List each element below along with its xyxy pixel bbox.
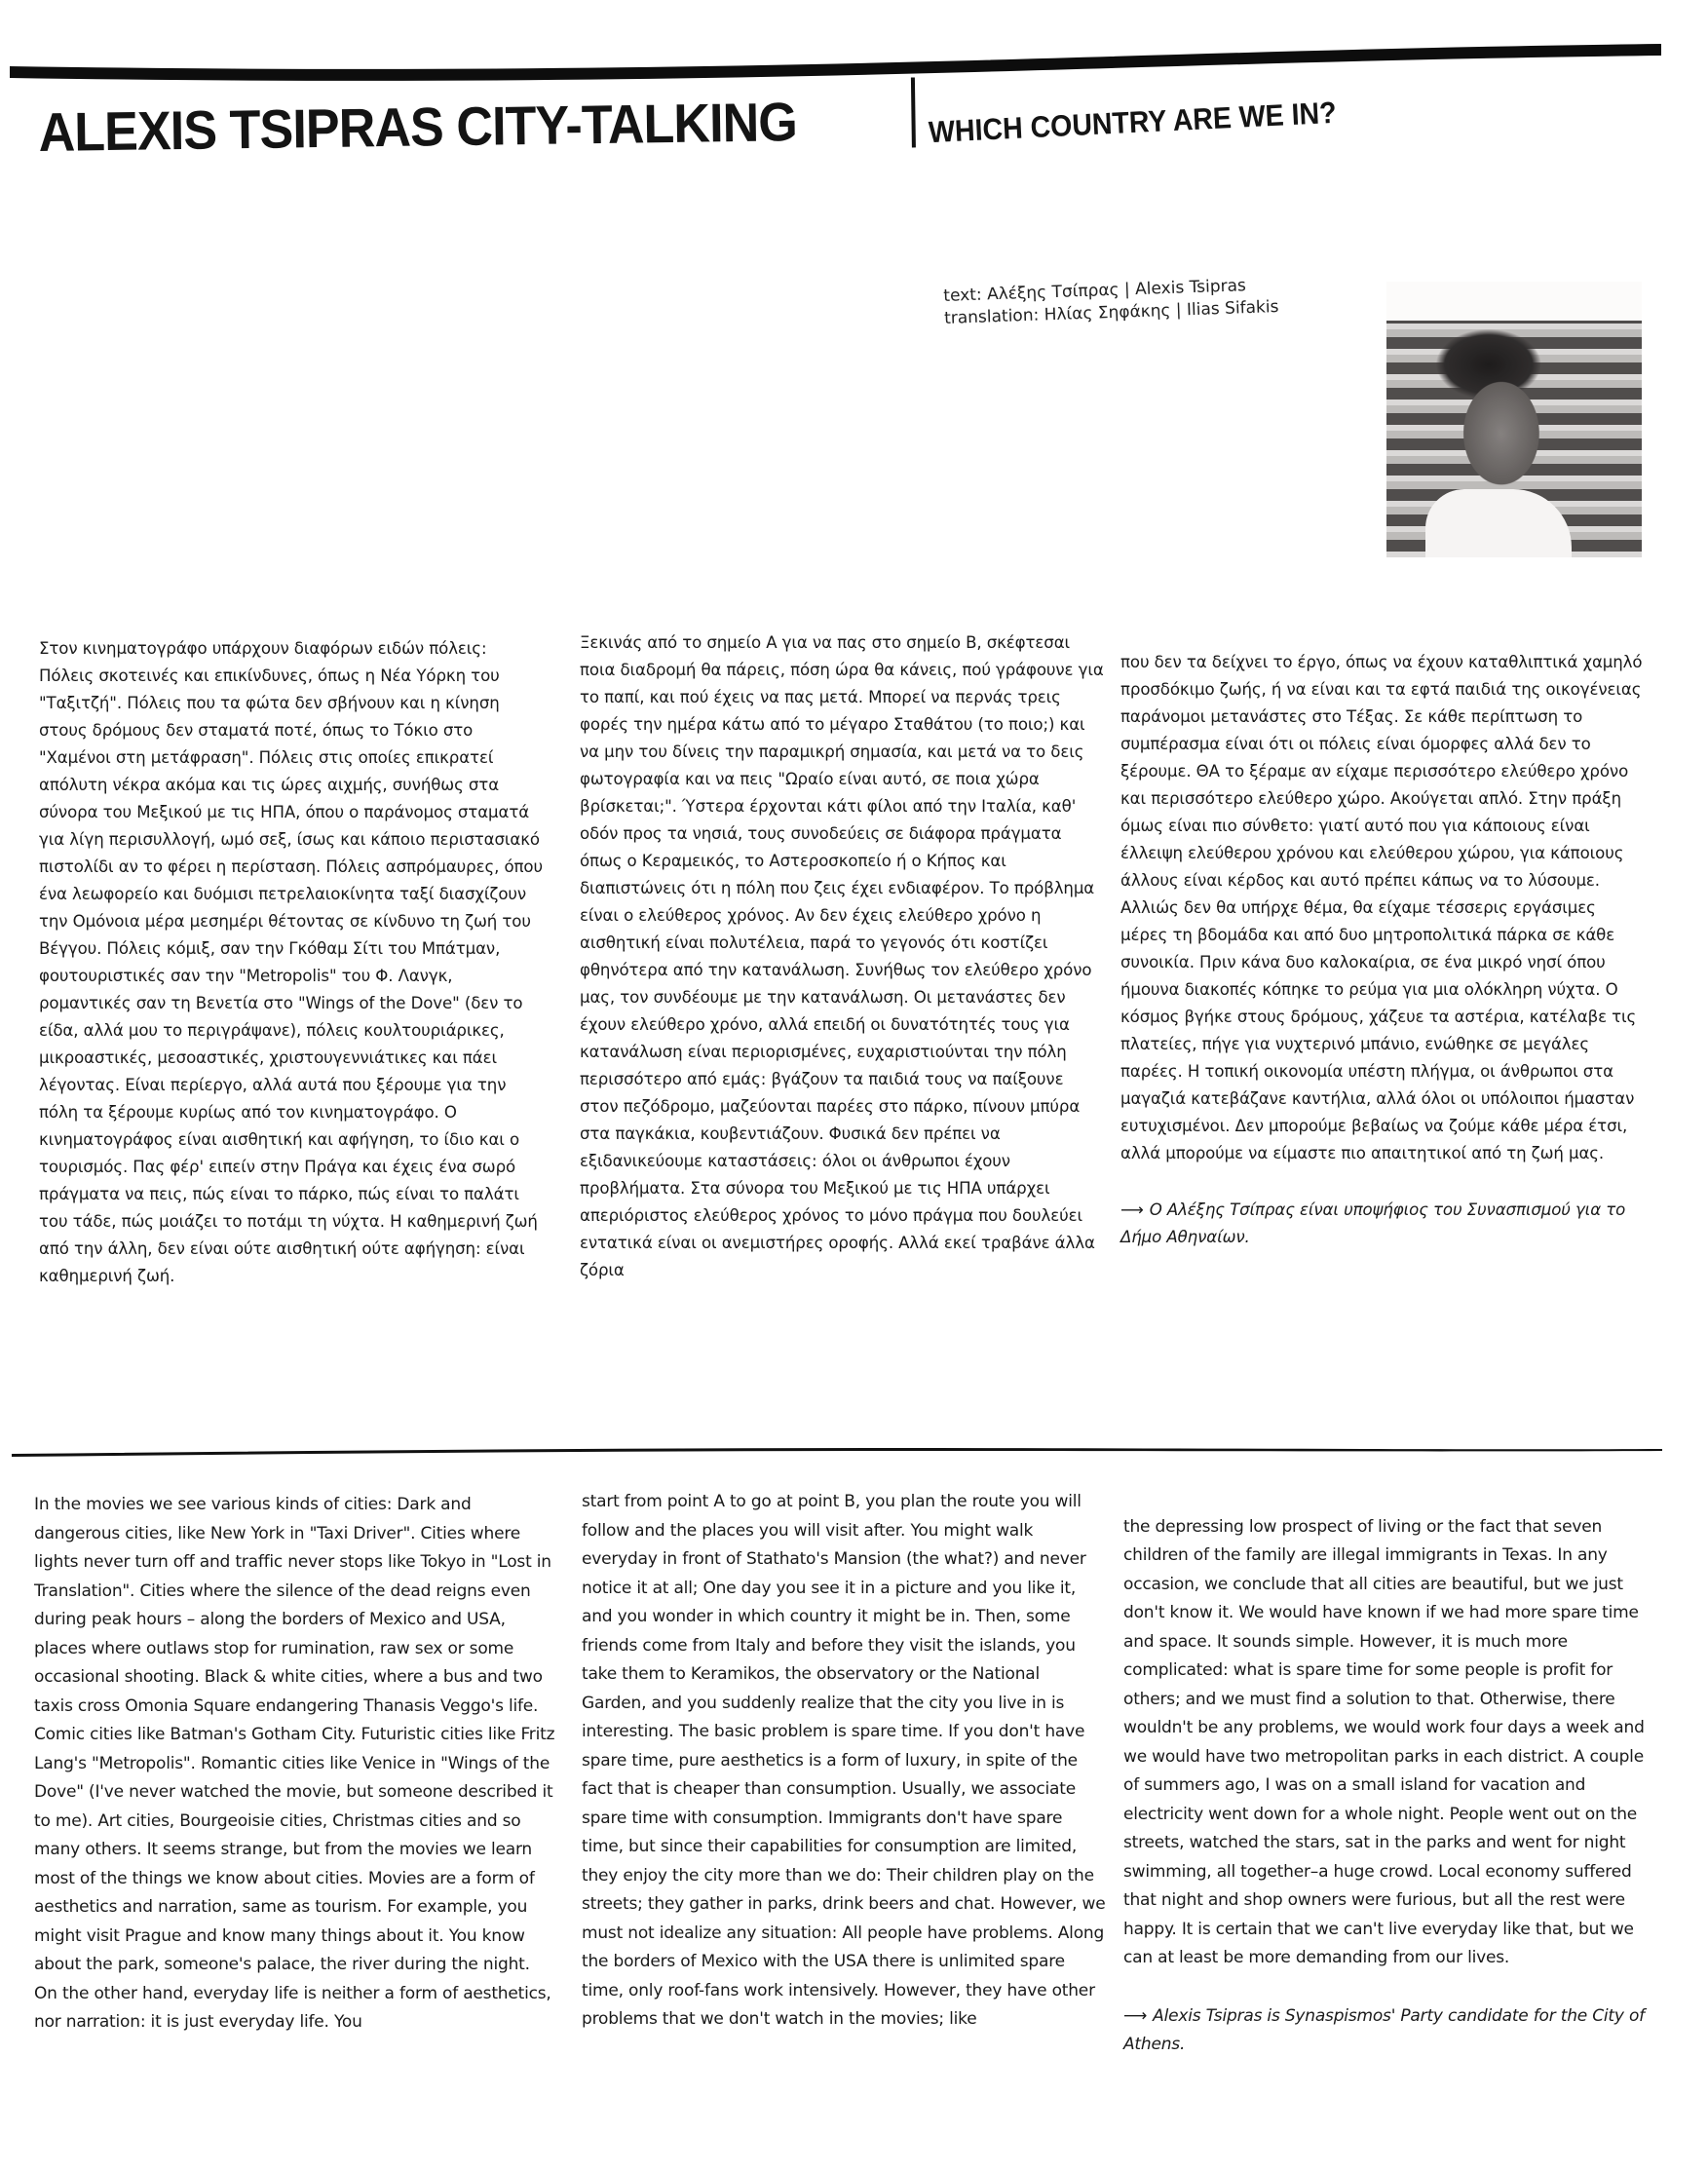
greek-column-1: Στον κινηματογράφο υπάρχουν διαφόρων ειδ… xyxy=(39,635,546,1290)
greek-column-3: που δεν τα δείχνει το έργο, όπως να έχου… xyxy=(1120,622,1647,1278)
english-column-2: start from point A to go at point B, you… xyxy=(582,1488,1108,2035)
english-author-note: ⟶Alexis Tsipras is Synaspismos' Party ca… xyxy=(1123,2002,1650,2060)
page-title: ALEXIS TSIPRAS CITY-TALKING xyxy=(38,94,845,160)
english-column-1: In the movies we see various kinds of ci… xyxy=(34,1491,555,2038)
english-column-3: the depressing low prospect of living or… xyxy=(1123,1484,1650,2088)
greek-note-text: Ο Αλέξης Τσίπρας είναι υποψήφιος του Συν… xyxy=(1120,1200,1625,1246)
title-separator xyxy=(911,77,916,147)
greek-column-3-text: που δεν τα δείχνει το έργο, όπως να έχου… xyxy=(1120,653,1642,1162)
arrow-right-icon: ⟶ xyxy=(1120,1200,1144,1219)
author-photo xyxy=(1386,282,1642,557)
page-subtitle: WHICH COUNTRY ARE WE IN? xyxy=(928,97,1337,147)
greek-author-note: ⟶Ο Αλέξης Τσίπρας είναι υποψήφιος του Συ… xyxy=(1120,1197,1647,1251)
photo-sky xyxy=(1386,282,1642,321)
greek-column-2: Ξεκινάς από το σημείο Α για να πας στο σ… xyxy=(580,629,1106,1284)
photo-shirt xyxy=(1425,489,1572,557)
section-divider xyxy=(10,1442,1666,1462)
english-note-text: Alexis Tsipras is Synaspismos' Party can… xyxy=(1123,2006,1645,2055)
byline: text: Αλέξης Τσίπρας | Alexis Tsipras tr… xyxy=(943,274,1279,330)
arrow-right-icon: ⟶ xyxy=(1123,2006,1147,2026)
english-column-3-text: the depressing low prospect of living or… xyxy=(1123,1517,1645,1968)
